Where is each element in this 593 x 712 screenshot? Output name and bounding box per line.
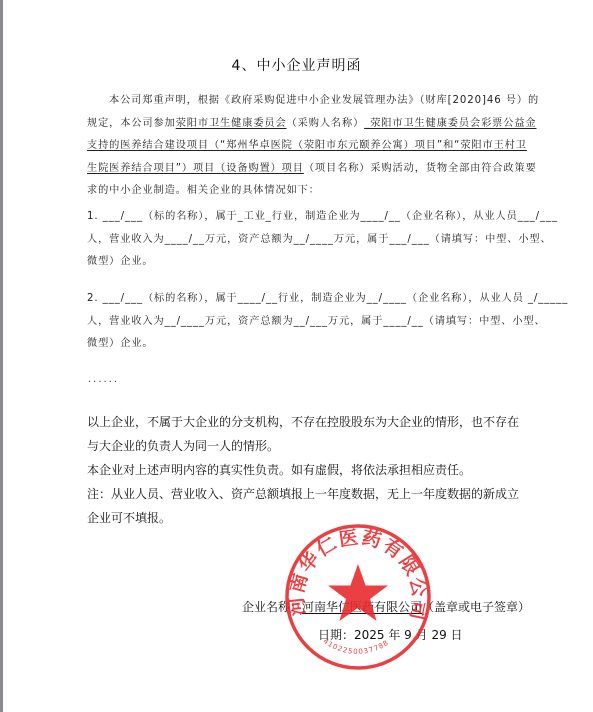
intro-line-4-b: （项目名称）采购活动，货物全部由符合政策要 [304, 163, 537, 174]
item-1-line-1: 1. ___/___（标的名称），属于_工业_行业，制造企业为____/__（企… [87, 206, 533, 229]
document-page: 4、中小企业声明函 本公司郑重声明，根据《政府采购促进中小企业发展管理办法》（财… [0, 0, 593, 712]
statement-line-5: 企业可不填报。 [87, 506, 537, 530]
company-signature-line: 企业名称：河南华仁医药有限公司（盖章或电子签章） [242, 598, 530, 615]
statements: 以上企业，不属于大企业的分支机构，不存在控股股东为大企业的情形，也不存在 与大企… [87, 410, 537, 530]
intro-line-4: 生院医养结合项目”）项目（设备购置）项目（项目名称）采购活动，货物全部由符合政策… [87, 158, 533, 181]
item-2-line-3: 微型）企业。 [87, 333, 533, 356]
intro-line-2-a: 规定，本公司参加 [87, 118, 176, 129]
company-seal-stamp: 河南华仁医药有限公司 4102250037788 [283, 522, 433, 672]
item-2-line-2: 人，营业收入为__/____万元，资产总额为__/___万元，属于____/__… [87, 311, 533, 334]
document-title: 4、中小企业声明函 [0, 55, 593, 75]
date-value: 2025 年 9 月 29 日 [354, 628, 463, 642]
company-name-value: 河南华仁医药有限公司 [302, 600, 422, 614]
item-1-line-3: 微型）企业。 [87, 251, 533, 274]
intro-line-5: 求的中小企业制造。相关企业的具体情况如下： [87, 180, 533, 203]
item-1-line-2: 人，营业收入为____/__万元，资产总额为__/____万元，属于___/__… [87, 229, 533, 252]
seal-ring [287, 526, 429, 668]
project-name-part-2: 支持的医养结合建设项目（“郑州华卓医院（荥阳市东元颐养公寓）项目”和“荥阳市王村… [87, 135, 533, 158]
intro-line-2: 规定，本公司参加荥阳市卫生健康委员会（采购人名称）_荥阳市卫生健康委员会彩票公益… [87, 113, 533, 136]
date-label: 日期： [318, 628, 354, 642]
item-2-line-1: 2. ___/___（标的名称），属于____/__行业，制造企业为__/___… [87, 288, 533, 311]
intro-paragraph: 本公司郑重声明，根据《政府采购促进中小企业发展管理办法》（财库[2020]46 … [87, 90, 533, 203]
statement-line-3: 本企业对上述声明内容的真实性负责。如有虚假，将依法承担相应责任。 [87, 458, 537, 482]
project-name-part-1: _荥阳市卫生健康委员会彩票公益金 [364, 118, 536, 129]
project-name-part-3: 生院医养结合项目”）项目（设备购置）项目 [87, 163, 304, 174]
purchaser-name: 荥阳市卫生健康委员会 [176, 118, 287, 129]
statement-line-4: 注：从业人员、营业收入、资产总额填报上一年度数据，无上一年度数据的新成立 [87, 482, 537, 506]
ellipsis: ...... [88, 374, 119, 385]
company-name-label: 企业名称： [242, 600, 302, 614]
statement-line-2: 与大企业的负责人为同一人的情形。 [87, 434, 537, 458]
statement-line-1: 以上企业，不属于大企业的分支机构，不存在控股股东为大企业的情形，也不存在 [87, 410, 537, 434]
intro-line-1: 本公司郑重声明，根据《政府采购促进中小企业发展管理办法》（财库[2020]46 … [87, 90, 533, 113]
signature-suffix: （盖章或电子签章） [422, 600, 530, 614]
enterprise-item-2: 2. ___/___（标的名称），属于____/__行业，制造企业为__/___… [87, 288, 533, 356]
date-line: 日期：2025 年 9 月 29 日 [318, 626, 463, 643]
enterprise-item-1: 1. ___/___（标的名称），属于_工业_行业，制造企业为____/__（企… [87, 206, 533, 274]
intro-line-2-b: （采购人名称） [287, 118, 365, 129]
